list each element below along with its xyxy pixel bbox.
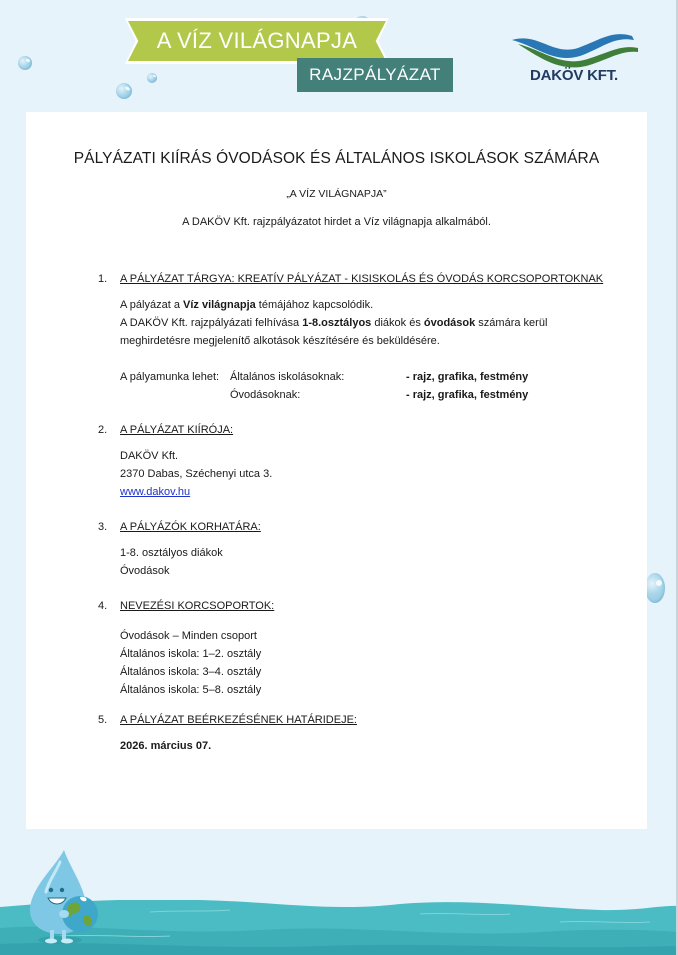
document-title: PÁLYÁZATI KIÍRÁS ÓVODÁSOK ÉS ÁLTALÁNOS I… [26,150,647,168]
issuer-name: DAKÖV Kft. [120,447,272,465]
section-number: 4. [98,597,120,615]
website-link[interactable]: www.dakov.hu [120,486,190,498]
section-title: A PÁLYÁZAT KIÍRÓJA: [120,421,233,439]
subject-line-1: A pályázat a Víz világnapja témájához ka… [120,296,603,314]
bubble-decoration [116,83,132,99]
section-number: 5. [98,711,120,729]
bubble-decoration [645,573,665,603]
section-age-limit: 3. A PÁLYÁZÓK KORHATÁRA: 1-8. osztályos … [98,518,261,580]
water-drop-mascot-icon [20,848,110,946]
document-intro: A DAKÖV Kft. rajzpályázatot hirdet a Víz… [26,216,647,228]
section-title: A PÁLYÁZÓK KORHATÁRA: [120,518,261,536]
section-number: 2. [98,421,120,439]
category-line: Általános iskola: 3–4. osztály [120,663,274,681]
section-categories: 4. NEVEZÉSI KORCSOPORTOK: Óvodások – Min… [98,597,274,699]
section-title: NEVEZÉSI KORCSOPORTOK: [120,597,274,615]
category-line: Általános iskola: 1–2. osztály [120,645,274,663]
section-number: 1. [98,270,120,288]
deadline-date: 2026. március 07. [120,737,357,755]
section-title: A PÁLYÁZAT TÁRGYA: KREATÍV PÁLYÁZAT - KI… [120,270,603,288]
bubble-decoration [18,56,32,70]
age-line: Óvodások [120,562,261,580]
bubble-decoration [147,73,157,83]
document-panel: PÁLYÁZATI KIÍRÁS ÓVODÁSOK ÉS ÁLTALÁNOS I… [26,112,647,829]
category-line: Óvodások – Minden csoport [120,627,274,645]
issuer-address: 2370 Dabas, Széchenyi utca 3. [120,465,272,483]
subject-line-2: A DAKÖV Kft. rajzpályázati felhívása 1-8… [120,314,603,332]
category-line: Általános iskola: 5–8. osztály [120,681,274,699]
banner-title: A VÍZ VILÁGNAPJA [128,21,386,61]
subject-line-3: meghirdetésre megjelenítő alkotások kész… [120,332,603,350]
section-title: A PÁLYÁZAT BEÉRKEZÉSÉNEK HATÁRIDEJE: [120,711,357,729]
age-line: 1-8. osztályos diákok [120,544,261,562]
section-number: 3. [98,518,120,536]
section-subject: 1. A PÁLYÁZAT TÁRGYA: KREATÍV PÁLYÁZAT -… [98,270,603,404]
logo-text: DAKÖV KFT. [514,67,634,84]
section-deadline: 5. A PÁLYÁZAT BEÉRKEZÉSÉNEK HATÁRIDEJE: … [98,711,357,755]
banner-subtitle: RAJZPÁLYÁZAT [297,58,453,92]
document-subtitle: „A VÍZ VILÁGNAPJA” [26,188,647,200]
work-type-row: A pályamunka lehet: Általános iskolásokn… [120,368,603,386]
work-type-row: Óvodásoknak: - rajz, grafika, festmény [120,386,603,404]
section-issuer: 2. A PÁLYÁZAT KIÍRÓJA: DAKÖV Kft. 2370 D… [98,421,272,501]
